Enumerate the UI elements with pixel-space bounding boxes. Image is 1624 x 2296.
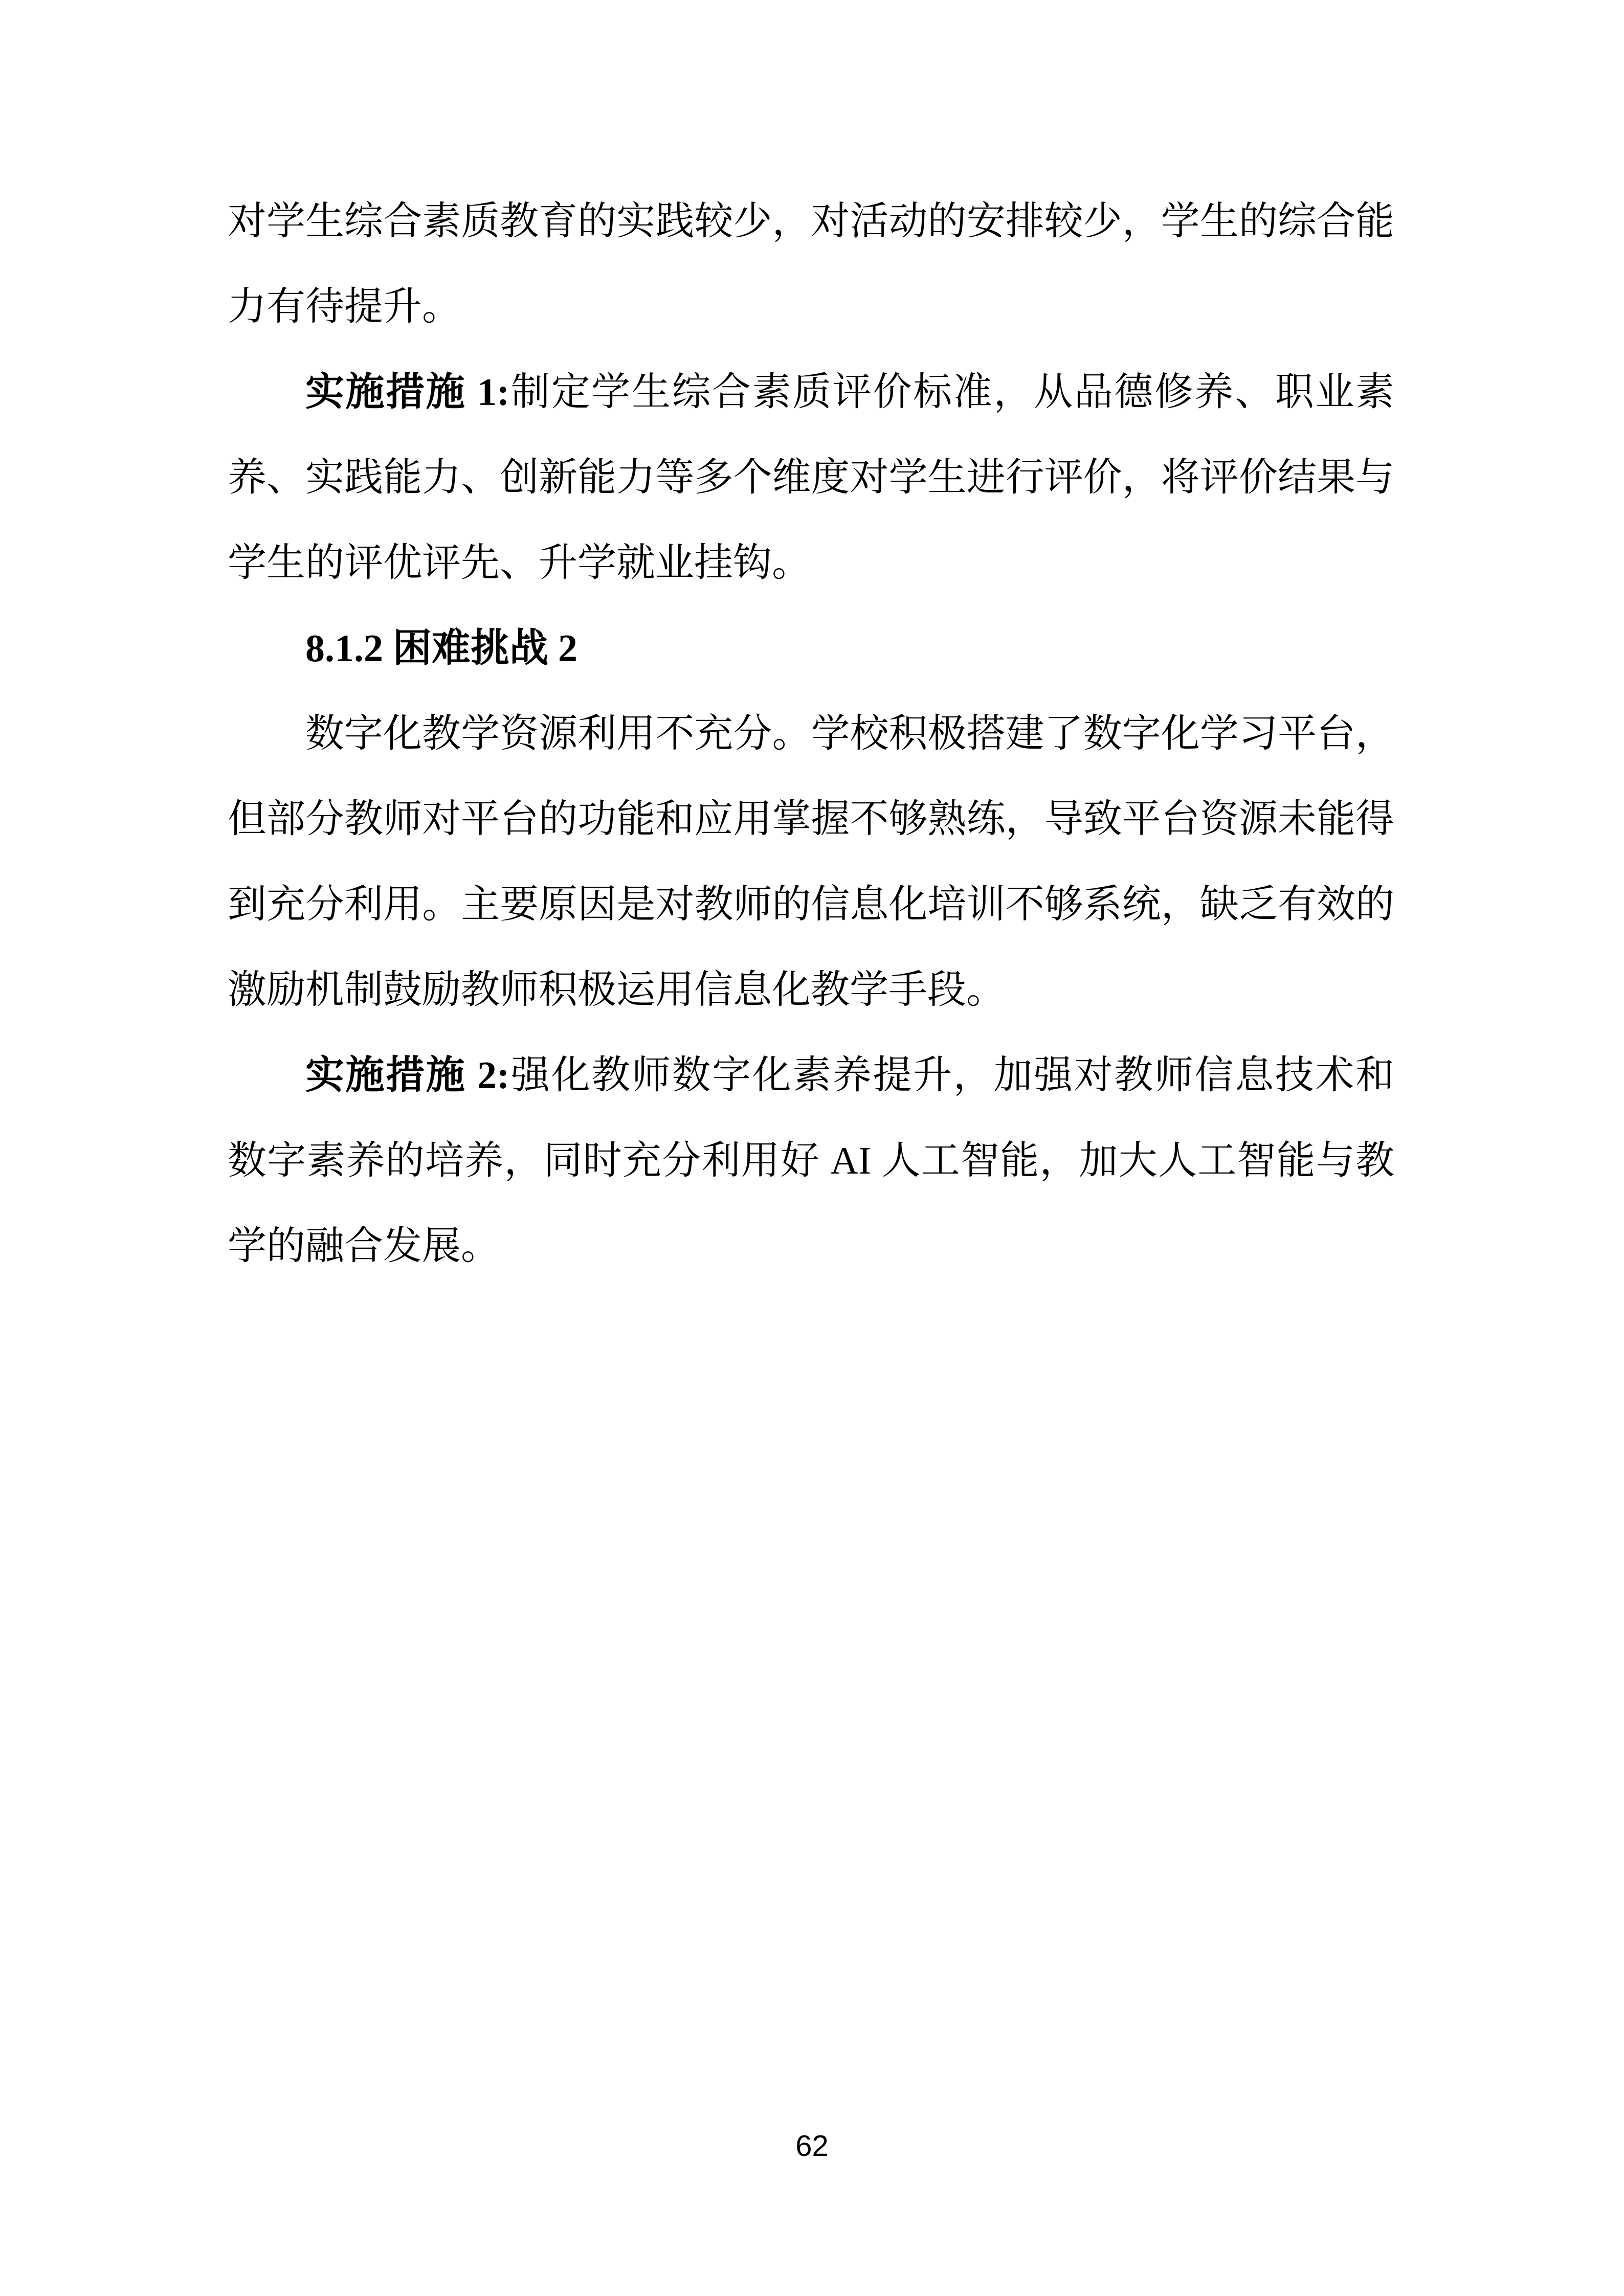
measure-1-label: 实施措施 1:	[305, 371, 509, 414]
heading-8-1-2-challenge-2: 8.1.2 困难挑战 2	[228, 606, 1394, 691]
paragraph-measure-2: 实施措施 2:强化教师数字化素养提升，加强对教师信息技术和数字素养的培养，同时充…	[228, 1033, 1394, 1289]
measure-2-label: 实施措施 2:	[305, 1054, 509, 1097]
document-page: 对学生综合素质教育的实践较少，对活动的安排较少，学生的综合能力有待提升。 实施措…	[0, 0, 1624, 2296]
paragraph-measure-1: 实施措施 1:制定学生综合素质评价标准，从品德修养、职业素养、实践能力、创新能力…	[228, 350, 1394, 606]
document-body: 对学生综合素质教育的实践较少，对活动的安排较少，学生的综合能力有待提升。 实施措…	[228, 179, 1394, 1289]
paragraph-text: 对学生综合素质教育的实践较少，对活动的安排较少，学生的综合能力有待提升。	[228, 200, 1394, 328]
paragraph-challenge-2: 数字化教学资源利用不充分。学校积极搭建了数字化学习平台，但部分教师对平台的功能和…	[228, 691, 1394, 1033]
heading-text: 8.1.2 困难挑战 2	[305, 627, 577, 670]
paragraph-text: 数字化教学资源利用不充分。学校积极搭建了数字化学习平台，但部分教师对平台的功能和…	[228, 712, 1394, 1011]
page-number: 62	[0, 2131, 1624, 2161]
paragraph-challenge1-continuation: 对学生综合素质教育的实践较少，对活动的安排较少，学生的综合能力有待提升。	[228, 179, 1394, 350]
